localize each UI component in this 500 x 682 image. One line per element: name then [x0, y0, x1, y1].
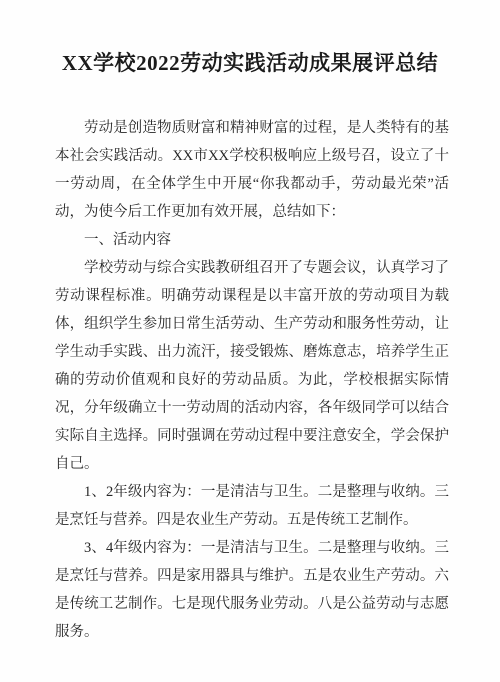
- document-page: XX学校2022劳动实践活动成果展评总结 劳动是创造物质财富和精神财富的过程，是…: [0, 0, 500, 682]
- grade-3-4-content-paragraph: 3、4年级内容为：一是清洁与卫生。二是整理与收纳。三是烹饪与营养。四是家用器具与…: [55, 534, 449, 646]
- document-body: 劳动是创造物质财富和精神财富的过程，是人类特有的基本社会实践活动。XX市XX学校…: [55, 114, 449, 646]
- grade-1-2-content-paragraph: 1、2年级内容为：一是清洁与卫生。二是整理与收纳。三是烹饪与营养。四是农业生产劳…: [55, 478, 449, 534]
- intro-paragraph: 劳动是创造物质财富和精神财富的过程，是人类特有的基本社会实践活动。XX市XX学校…: [55, 114, 449, 226]
- curriculum-meeting-paragraph: 学校劳动与综合实践教研组召开了专题会议，认真学习了劳动课程标准。明确劳动课程是以…: [55, 254, 449, 478]
- document-title: XX学校2022劳动实践活动成果展评总结: [30, 48, 470, 78]
- section-heading-activity-content: 一、活动内容: [55, 226, 449, 254]
